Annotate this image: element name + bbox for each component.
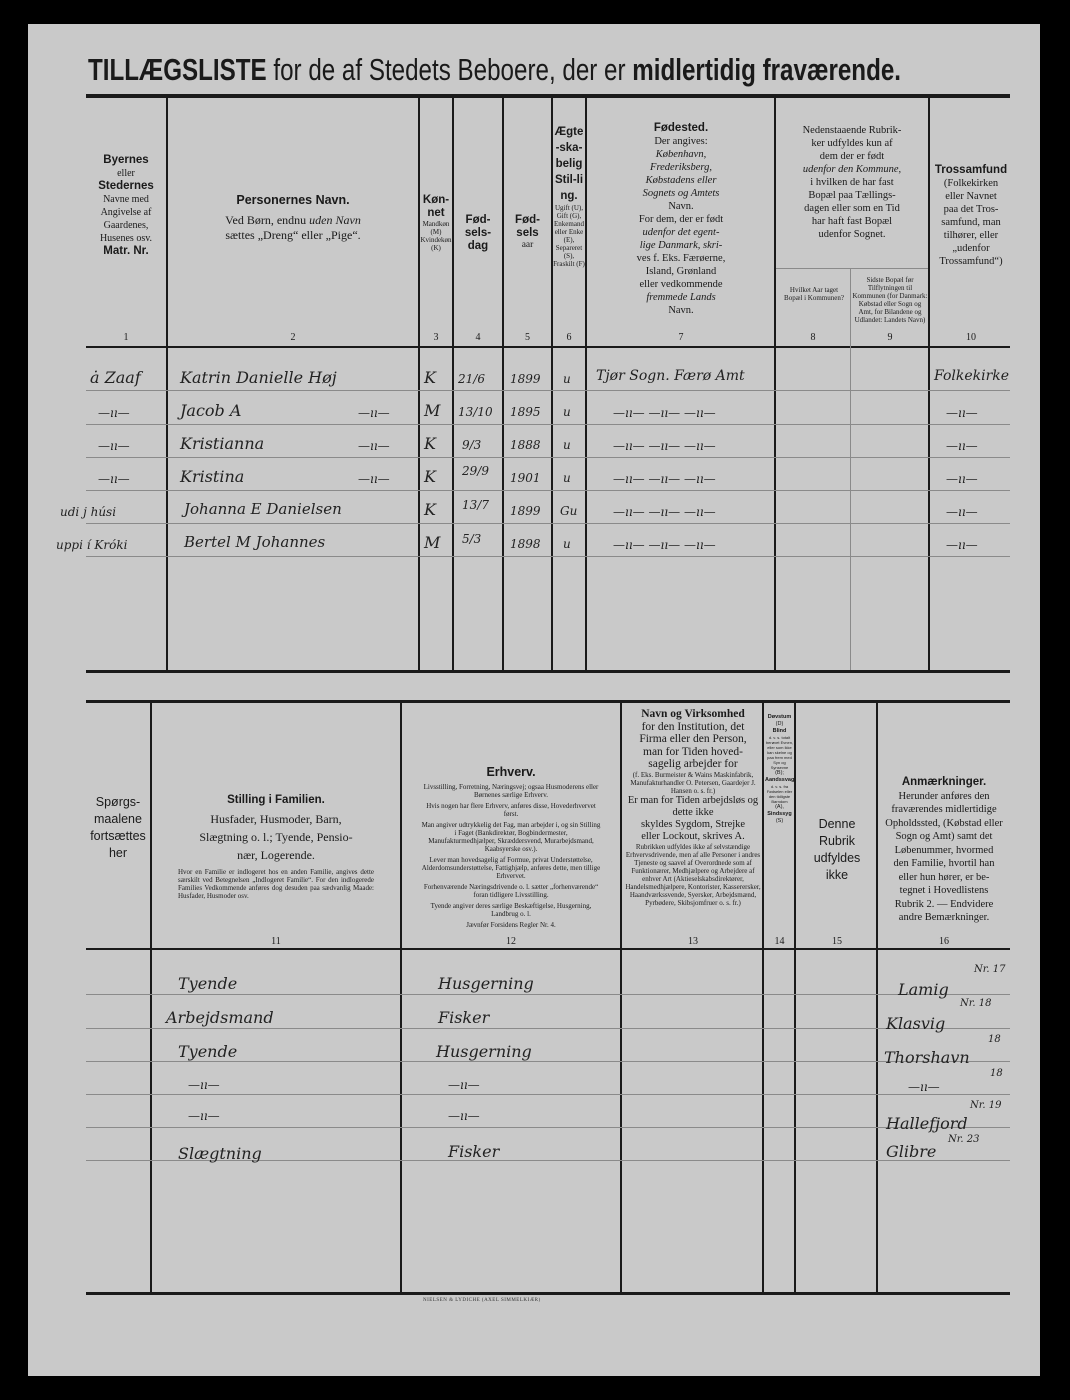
col-divider-b3 [620,703,622,1292]
column-number: 7 [588,332,774,343]
census-form-page: TILLÆGSLISTE for de af Stedets Beboere, … [28,24,1040,1376]
header-text: Navn og Virksomhed [624,708,762,721]
header-text: Der angives: [588,135,774,148]
cell-name: Bertel M Johannes [184,533,325,551]
header-text: Sognets og Amtets [643,188,720,199]
header-text: (D) [765,721,794,728]
header-text: skyldes Sygdom, Strejke [624,819,762,831]
header-text: tilhører, eller [931,229,1011,242]
header-text: For dem, der er født [588,213,774,226]
header-text: udenfor det egent- [643,227,720,238]
header-title: Erhverv. [404,766,618,779]
header-sub: aar [504,240,551,251]
cell-remark-number: Nr. 18 [960,998,992,1009]
header-text: fortsættes [86,828,150,845]
header-text: dem der er født [778,150,926,163]
header-text: for den Institution, det [624,721,762,734]
header-col-12: Erhverv. Livsstilling, Forretning, Nærin… [404,766,618,929]
header-text: lige Danmark, skri- [640,240,723,251]
cell-remark: —ıı— [908,1080,940,1094]
row-rule [86,1028,1010,1029]
col-divider-b5 [794,703,796,1292]
title-rule [86,94,1010,98]
cell-sex: K [424,368,436,387]
title-middle: for de af Stedets Beboere, der er [267,52,633,87]
header-text: udenfor den Kommune, [803,164,901,175]
header-text: Navne med [86,193,166,206]
cell-faith: —ıı— [946,472,978,486]
cell-birthday: 5/3 [462,532,481,546]
header-title: Fød-sels-dag [463,214,493,253]
cell-birthday: 29/9 [462,464,489,478]
column-number: 9 [852,332,928,343]
cell-marital: u [563,372,571,386]
header-note: Lever man hovedsagelig af Formue, privat… [420,856,602,880]
cell-name: Katrin Danielle Høj [180,368,337,387]
cell-name-ditto: —ıı— [358,439,390,453]
cell-marital: u [563,471,571,485]
cell-remark-number: Nr. 17 [974,964,1006,975]
header-text: ves f. Eks. Færøerne, [588,252,774,265]
header-text: udenfor Sognet. [778,228,926,241]
header-text: tegnet i Hovedlistens [880,884,1008,898]
header-text: her [86,845,150,862]
header-text: Ved Børn, endnu [225,213,309,227]
header-text: Sogn og Amt) samt det [880,830,1008,844]
cell-occupation: —ıı— [448,1078,480,1092]
column-number: 6 [553,332,585,343]
header-text: Angivelse af [86,206,166,219]
header-note: d. v. s. fra Fødselen eller den tidligst… [765,784,794,804]
header-text: i hvilken de har fast [778,176,926,189]
cell-year: 1895 [510,405,541,419]
cell-year: 1888 [510,438,541,452]
col-divider-1 [166,98,168,670]
header-text: Denne [798,816,876,833]
cell-marital: u [563,537,571,551]
header-note: d. v. s. totalt berøvet Evnen, eller som… [765,735,794,770]
header-note: Hvis nogen har flere Erhverv, anføres di… [420,802,602,818]
header-col-2: Personernes Navn. Ved Børn, endnu uden N… [168,194,418,243]
header-text: paa det Tros- [931,203,1011,216]
header-text: eller vedkommende [588,278,774,291]
header-title: Fød-sels [513,214,543,240]
cell-occupation: Husgerning [436,1042,532,1061]
header-title: Trossamfund [931,164,1011,177]
header-col-15: Denne Rubrik udfyldes ikke [798,816,876,884]
cell-remark: Klasvig [886,1014,945,1033]
header-text: ker udfyldes kun af [778,137,926,150]
cell-position: Arbejdsmand [166,1008,274,1027]
header-text: andre Bemærkninger. [880,911,1008,925]
header-text: eller Navnet [931,190,1011,203]
cell-sex: K [424,434,436,453]
cell-birthday: 13/7 [462,498,489,512]
header-col-4: Fød-sels-dag [454,214,502,253]
cell-remark-number: Nr. 23 [948,1134,980,1145]
column-number: 3 [420,332,452,343]
cell-remark: Thorshavn [884,1048,970,1067]
cell-name: Jacob A [180,401,241,420]
col-divider-4 [502,98,504,670]
header-text: Rubrik [798,833,876,850]
header-text: (A), [765,804,794,811]
header-note: Tyende angiver deres særlige Beskæftigel… [420,902,602,918]
row-rule [86,424,1010,425]
header-text: eller hun hører, er be- [880,871,1008,885]
header-col-13: Navn og Virksomhed for den Institution, … [624,708,762,907]
header-continues: Spørgs- maalene fortsættes her [86,794,150,862]
header-text: (S) [765,818,794,825]
row-rule [86,556,1010,557]
column-number: 8 [776,332,850,343]
header-text: Rubrik 2. — Endvidere [880,898,1008,912]
header-title: Anmærkninger. [880,776,1008,790]
header-text: Spørgs- [86,794,150,811]
header-text: udfyldes [798,850,876,867]
cell-marital: u [563,438,571,452]
cell-birthplace: —ıı— —ıı— —ıı— [613,472,716,486]
header-col-6: Ægte-ska-belig Stil-ling. Ugift (U), Gif… [553,124,585,268]
header-title: Fødested. [588,122,774,135]
title-bold-start: TILLÆGSLISTE [88,52,267,87]
cell-faith: —ıı— [946,406,978,420]
col-divider-b2 [400,703,402,1292]
cell-remark-number: 18 [988,1034,1001,1045]
header-text: Byernes [86,154,166,167]
row-rule [86,994,1010,995]
header-col-9: Sidste Bopæl før Tilflytningen til Kommu… [852,276,928,324]
header-text: Slægtning o. l.; Tyende, Pensio- [154,828,398,846]
header-text: eller Lockout, skrives A. [624,831,762,843]
cell-birthplace: Tjør Sogn. Færø Amt [596,368,745,384]
printer-imprint: NIELSEN & LYDICHE (AXEL SIMMELKIÆR) [423,1298,541,1303]
top-header-bottom-rule [86,346,1010,348]
cell-place: —ıı— [98,472,130,486]
header-text: dagen eller som en Tid [778,202,926,215]
group-8-9-rule [776,268,928,269]
col-divider-b4 [762,703,764,1292]
header-col-14: Døvstum (D) Blind d. v. s. totalt berøve… [765,714,794,825]
header-col-7: Fødested. Der angives: København, Freder… [588,122,774,317]
cell-occupation: Fisker [438,1008,489,1027]
header-text: Opholdssted, (Købstad eller [880,817,1008,831]
header-text: fraværendes midlertidige [880,803,1008,817]
row-rule [86,1127,1010,1128]
column-number: 2 [168,332,418,343]
cell-position: Tyende [178,974,237,993]
cell-year: 1898 [510,537,541,551]
cell-sex: M [424,401,440,420]
header-note: Jævnfør Forsidens Regler Nr. 4. [420,921,602,929]
header-text: fremmede Lands [646,292,715,303]
row-rule [86,490,1010,491]
header-text: den Familie, hvortil han [880,857,1008,871]
cell-faith: Folkekirke [934,368,1009,384]
header-title: Stilling i Familien. [154,794,398,807]
cell-position: —ıı— [188,1078,220,1092]
header-note: (f. Eks. Burmeister & Wains Maskinfabrik… [624,771,762,795]
cell-sex: M [424,533,440,552]
cell-place: ȧ Zaaf [90,368,141,387]
header-text: Blind [765,728,794,735]
cell-name-ditto: —ıı— [358,406,390,420]
header-col-5: Fød-sels aar [504,214,551,251]
header-text: man for Tiden hoved- [624,746,762,759]
column-number: 16 [880,936,1008,947]
cell-birthplace: —ıı— —ıı— —ıı— [613,505,716,519]
header-text: Navn. [588,200,774,213]
cell-faith: —ıı— [946,505,978,519]
header-note: Hvor en Familie er indlogeret hos en and… [178,868,374,900]
column-number: 12 [404,936,618,947]
header-note: Forhenværende Næringsdrivende o. l. sætt… [420,883,602,899]
row-rule [86,1061,1010,1062]
header-text: Døvstum [765,714,794,721]
header-text: Aandssvag [765,777,794,784]
header-text: Herunder anføres den [880,790,1008,804]
header-text: ikke [798,867,876,884]
col-divider-2 [418,98,420,670]
header-title: Ægte-ska-belig Stil-ling. [553,124,585,204]
cell-remark-number: Nr. 19 [970,1100,1002,1111]
cell-remark: Glibre [886,1142,936,1161]
col-divider-b1 [150,703,152,1292]
header-text: (Folkekirken [931,177,1011,190]
header-text: Husenes osv. [86,232,166,245]
header-text: sættes „Dreng“ eller „Pige“. [168,228,418,243]
cell-birthday: 21/6 [458,372,485,386]
title-bold-end: midlertidig fraværende. [632,52,901,87]
header-text: Er man for Tiden arbejdsløs og dette ikk… [624,795,762,819]
header-sub: Ugift (U), Gift (G), Enkemand eller Enke… [553,204,585,268]
cell-name: Johanna E Danielsen [184,500,342,518]
header-note: Livsstilling, Forretning, Næringsvej; og… [420,783,602,799]
column-number: 14 [765,936,794,947]
header-text: samfund, man [931,216,1011,229]
column-number: 11 [154,936,398,947]
header-text-italic: uden Navn [309,213,361,227]
header-group-8-9: Nedenstaaende Rubrik- ker udfyldes kun a… [778,124,926,241]
header-text: har haft fast Bopæl [778,215,926,228]
cell-year: 1899 [510,372,541,386]
cell-name-ditto: —ıı— [358,472,390,486]
header-col-11: Stilling i Familien. Husfader, Husmoder,… [154,794,398,900]
header-note: Man angiver udtrykkelig det Fag, man arb… [420,821,602,853]
cell-occupation: Husgerning [438,974,534,993]
header-text: Løbenummer, hvormed [880,844,1008,858]
cell-birthday: 13/10 [458,405,493,419]
column-number: 5 [504,332,551,343]
row-rule [86,1094,1010,1095]
header-col-16: Anmærkninger. Herunder anføres den fravæ… [880,776,1008,925]
col-divider-6 [585,98,587,670]
header-text: Trossamfund“) [931,255,1011,268]
header-text: (B); [765,770,794,777]
cell-place: uppi í Króki [56,538,127,552]
column-number: 10 [931,332,1011,343]
header-text: Matr. Nr. [86,245,166,258]
cell-place: —ıı— [98,439,130,453]
cell-sex: K [424,500,436,519]
cell-marital: Gu [560,504,577,518]
cell-occupation: Fisker [448,1142,499,1161]
cell-place: —ıı— [98,406,130,420]
cell-sex: K [424,467,436,486]
bottom-header-bottom-rule [86,948,1010,950]
header-text: Nedenstaaende Rubrik- [778,124,926,137]
cell-birthplace: —ıı— —ıı— —ıı— [613,439,716,453]
bottom-table-top-rule [86,700,1010,703]
row-rule [86,457,1010,458]
header-text: Stedernes [86,180,166,193]
bottom-table-bottom-rule [86,1292,1010,1295]
cell-faith: —ıı— [946,538,978,552]
cell-name: Kristina [180,467,244,486]
header-note: Rubrikken udfyldes ikke af selvstændige … [624,843,762,907]
header-text: Bopæl paa Tællings- [778,189,926,202]
header-text: „udenfor [931,242,1011,255]
row-rule [86,390,1010,391]
header-text: Købstadens eller [646,175,717,186]
cell-birthplace: —ıı— —ıı— —ıı— [613,538,716,552]
cell-remark: Hallefjord [886,1114,968,1133]
header-col-1: Byernes eller Stedernes Navne med Angive… [86,154,166,258]
cell-name: Kristianna [180,434,264,453]
cell-place: udi j húsi [60,505,116,519]
header-text: Firma eller den Person, [624,733,762,746]
form-title: TILLÆGSLISTE for de af Stedets Beboere, … [88,52,1024,88]
cell-birthday: 9/3 [462,438,481,452]
column-number: 1 [86,332,166,343]
cell-marital: u [563,405,571,419]
cell-position: Slægtning [178,1144,262,1163]
col-divider-3 [452,98,454,670]
cell-year: 1901 [510,471,541,485]
cell-remark: Lamig [898,980,949,999]
column-number: 4 [454,332,502,343]
cell-year: 1899 [510,504,541,518]
header-text: Island, Grønland [588,265,774,278]
cell-occupation: —ıı— [448,1109,480,1123]
header-text: Frederiksberg, [650,162,712,173]
header-col-3: Køn-net Mandkøn (M) Kvindekøn (K) [420,194,452,252]
cell-birthplace: —ıı— —ıı— —ıı— [613,406,716,420]
header-text: Navn. [588,304,774,317]
header-text: København, [656,149,706,160]
cell-remark-number: 18 [990,1068,1003,1079]
row-rule [86,523,1010,524]
header-title: Køn-net [420,194,452,220]
cell-position: Tyende [178,1042,237,1061]
header-text: Sindssyg [765,811,794,818]
header-text: Husfader, Husmoder, Barn, [154,810,398,828]
header-text: maalene [86,811,150,828]
header-text: nær, Logerende. [154,846,398,864]
col-divider-9 [928,98,930,670]
header-text: Gaardenes, [86,219,166,232]
column-number: 13 [624,936,762,947]
header-text: eller [86,167,166,180]
header-col-8: Hvilket Aar taget Bopæl i Kommunen? [780,286,848,302]
top-table-bottom-rule [86,670,1010,673]
header-sub: Mandkøn (M) Kvindekøn (K) [420,220,452,252]
header-col-10: Trossamfund (Folkekirken eller Navnet pa… [931,164,1011,268]
cell-position: —ıı— [188,1109,220,1123]
header-text: sagelig arbejder for [624,758,762,771]
col-divider-b6 [876,703,878,1292]
header-title: Personernes Navn. [168,194,418,207]
col-divider-7 [774,98,776,670]
column-number: 15 [798,936,876,947]
col-divider-8 [850,268,851,670]
cell-faith: —ıı— [946,439,978,453]
